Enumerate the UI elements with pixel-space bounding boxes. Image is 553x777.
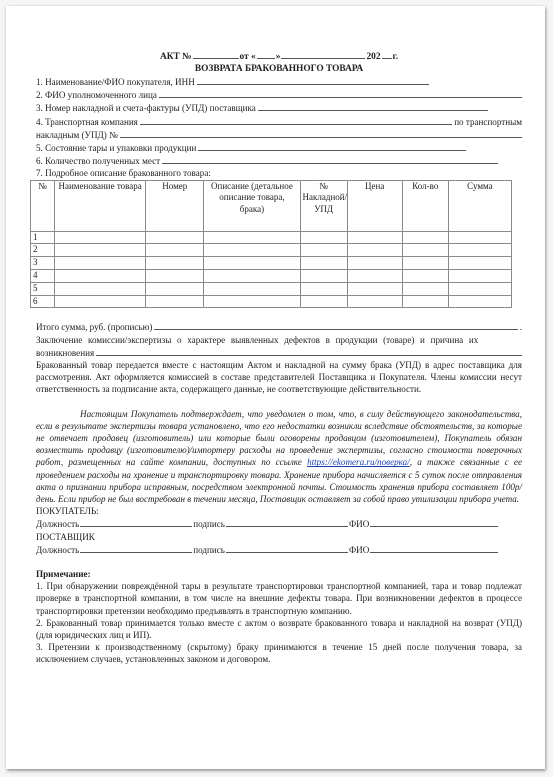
table-cell[interactable] [204,244,300,257]
row-number-cell: 5 [31,282,55,295]
act-day-blank[interactable] [257,50,275,59]
places-input[interactable] [162,154,498,164]
note-item-2: 2. Бракованный товар принимается только … [36,617,522,641]
table-cell[interactable] [448,270,511,283]
table-row: 1 [31,231,512,244]
table-cell[interactable] [300,244,347,257]
table-cell[interactable] [146,295,204,308]
row-number-cell: 1 [31,231,55,244]
col-price: Цена [347,180,402,231]
field-packaging: 5. Состояние тары и упаковки продукции [36,141,522,154]
table-cell[interactable] [300,282,347,295]
total-period: . [520,321,522,333]
field-label-suffix: по транспортным [454,116,522,128]
row-number-cell: 3 [31,257,55,270]
table-row: 2 [31,244,512,257]
buyer-position-input[interactable] [80,517,192,527]
table-cell[interactable] [347,231,402,244]
table-cell[interactable] [146,282,204,295]
document-content: АКТ №от «»202г. ВОЗВРАТА БРАКОВАННОГО ТО… [36,46,522,666]
table-cell[interactable] [448,244,511,257]
table-row: 4 [31,270,512,283]
supplier-position-input[interactable] [80,543,192,553]
table-cell[interactable] [300,295,347,308]
total-field: Итого сумма, руб. (прописью) . [36,320,522,333]
col-description: Описание (детальное описание товара, бра… [204,180,300,231]
signature-label: подпись [193,518,225,530]
table-cell[interactable] [402,257,448,270]
table-cell[interactable] [204,282,300,295]
total-label: Итого сумма, руб. (прописью) [36,321,152,333]
table-cell[interactable] [146,257,204,270]
row-number-cell: 4 [31,270,55,283]
table-cell[interactable] [55,282,146,295]
field-label: 4. Транспортная компания [36,116,138,128]
table-cell[interactable] [448,282,511,295]
buyer-input[interactable] [197,75,429,85]
disclaimer-text: Настоящим Покупатель подтверждает, что у… [36,408,522,506]
field-label: 3. Номер накладной и счета-фактуры (УПД)… [36,102,256,114]
col-number: № [31,180,55,231]
field-representative: 2. ФИО уполномоченного лица [36,88,522,101]
supplier-party-label: ПОСТАВЩИК [36,531,522,543]
table-cell[interactable] [300,257,347,270]
col-sum: Сумма [448,180,511,231]
table-cell[interactable] [347,244,402,257]
total-input[interactable] [154,320,517,330]
col-quantity: Кол-во [402,180,448,231]
table-cell[interactable] [300,231,347,244]
quote-close: » [276,52,281,62]
waybill-input[interactable] [120,128,522,138]
notes-title-text: Примечание: [36,569,91,579]
table-cell[interactable] [55,231,146,244]
table-header-row: № Наименование товара Номер Описание (де… [31,180,512,231]
table-cell[interactable] [402,244,448,257]
name-label: ФИО [349,518,369,530]
act-year-label: 202 [366,52,380,62]
table-cell[interactable] [146,231,204,244]
table-row: 5 [31,282,512,295]
table-cell[interactable] [402,295,448,308]
buyer-signature-row: Должность подпись ФИО [36,517,522,530]
table-cell[interactable] [347,270,402,283]
act-year-blank[interactable] [382,50,392,59]
table-cell[interactable] [448,231,511,244]
field-transport: 4. Транспортная компания по транспортным [36,115,522,128]
table-cell[interactable] [347,282,402,295]
signature-label: подпись [193,544,225,556]
table-cell[interactable] [300,270,347,283]
row-number-cell: 6 [31,295,55,308]
position-label: Должность [36,544,79,556]
transfer-text: Бракованный товар передается вместе с на… [36,359,522,396]
supplier-name-input[interactable] [370,543,498,553]
field-label: 2. ФИО уполномоченного лица [36,89,157,101]
supplier-signature-input[interactable] [226,543,348,553]
representative-input[interactable] [159,88,522,98]
conclusion-label: возникновения [36,347,94,359]
goods-table: № Наименование товара Номер Описание (де… [30,180,512,309]
name-label: ФИО [349,544,369,556]
conclusion-input[interactable] [96,346,522,356]
table-cell[interactable] [204,270,300,283]
buyer-party-label: ПОКУПАТЕЛЬ: [36,505,522,517]
field-label: 1. Наименование/ФИО покупателя, ИНН [36,76,195,88]
field-label: 7. Подробное описание бракованного товар… [36,167,211,179]
document-page: АКТ №от «»202г. ВОЗВРАТА БРАКОВАННОГО ТО… [6,6,545,769]
note-item-1: 1. При обнаружении повреждённой тары в р… [36,580,522,617]
field-buyer: 1. Наименование/ФИО покупателя, ИНН [36,75,522,88]
col-waybill: № Накладной/ УПД [300,180,347,231]
table-cell[interactable] [347,257,402,270]
table-cell[interactable] [55,257,146,270]
act-year-suffix: г. [393,52,399,62]
act-title: АКТ №от «»202г. [36,50,522,64]
act-date-label: от « [240,52,256,62]
act-subtitle: ВОЗВРАТА БРАКОВАННОГО ТОВАРА [36,64,522,76]
buyer-signature-input[interactable] [226,517,348,527]
table-cell[interactable] [204,231,300,244]
col-product-name: Наименование товара [55,180,146,231]
table-cell[interactable] [448,295,511,308]
table-cell[interactable] [402,270,448,283]
row-number-cell: 2 [31,244,55,257]
field-waybill: накладным (УПД) № [36,128,522,141]
table-cell[interactable] [146,244,204,257]
conclusion-field: возникновения [36,346,522,359]
table-cell[interactable] [204,257,300,270]
table-cell[interactable] [402,282,448,295]
conclusion-text: Заключение комиссии/экспертизы о характе… [36,334,522,346]
field-label: накладным (УПД) № [36,129,118,141]
table-row: 3 [31,257,512,270]
table-cell[interactable] [146,270,204,283]
packaging-input[interactable] [198,141,466,151]
note-item-3: 3. Претензии к производственному (скрыто… [36,641,522,665]
act-number-blank[interactable] [193,50,239,59]
table-cell[interactable] [204,295,300,308]
field-places: 6. Количество полученных мест [36,154,522,167]
table-cell[interactable] [402,231,448,244]
col-product-number: Номер [146,180,204,231]
table-cell[interactable] [55,295,146,308]
invoice-input[interactable] [258,101,488,111]
buyer-name-input[interactable] [370,517,498,527]
table-row: 6 [31,295,512,308]
table-cell[interactable] [55,244,146,257]
table-cell[interactable] [448,257,511,270]
field-description: 7. Подробное описание бракованного товар… [36,167,522,179]
field-label: 6. Количество полученных мест [36,155,160,167]
supplier-signature-row: Должность подпись ФИО [36,543,522,556]
act-number-label: АКТ № [160,52,192,62]
verification-link[interactable]: https://ekomera.ru/поверка/ [307,457,410,467]
notes-title: Примечание: [36,568,522,580]
field-invoice: 3. Номер накладной и счета-фактуры (УПД)… [36,101,522,114]
position-label: Должность [36,518,79,530]
table-cell[interactable] [347,295,402,308]
field-label: 5. Состояние тары и упаковки продукции [36,142,196,154]
transport-company-input[interactable] [140,115,452,125]
act-month-blank[interactable] [281,50,365,59]
table-cell[interactable] [55,270,146,283]
